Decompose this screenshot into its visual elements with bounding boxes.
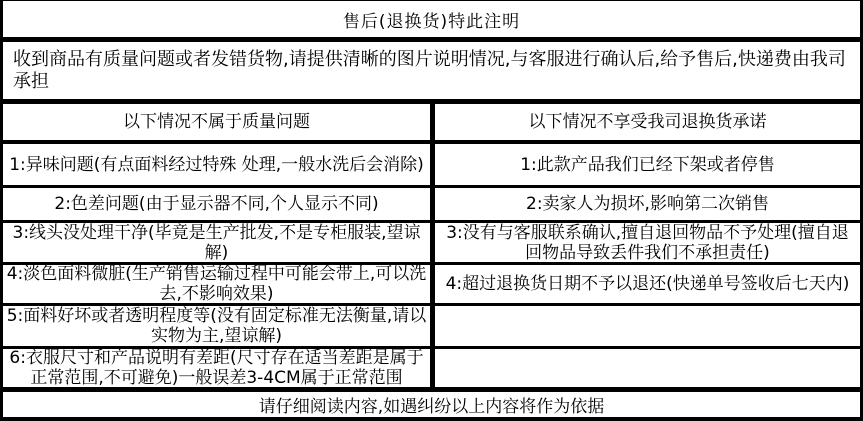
no-return-cell-4: 4:超过退换货日期不予以退还(快递单号签收后七天内) [435,265,860,303]
no-return-cell-6 [435,349,860,387]
intro-text: 收到商品有质量问题或者发错货物,请提供清晰的图片说明情况,与客服进行确认后,给予… [3,42,860,104]
no-return-cell-3: 3:没有与客服联系确认,擅自退回物品不予处理(擅自退回物品导致丢件我们不承担责任… [435,223,860,262]
page-title: 售后(退换货)特此注明 [3,1,860,42]
policy-row-3: 3:线头没处理干净(毕竟是生产批发,不是专柜服装,望谅解) 3:没有与客服联系确… [3,223,860,265]
no-return-cell-5 [435,306,860,346]
policy-row-5: 5:面料好坏或者透明程度等(没有固定标准无法衡量,请以实物为主,望谅解) [3,306,860,349]
policy-row-6: 6:衣服尺寸和产品说明有差距(尺寸存在适当差距是属于正常范围,不可避免)一般误差… [3,349,860,392]
policy-row-2: 2:色差问题(由于显示器不同,个人显示不同) 2:卖家人为损坏,影响第二次销售 [3,188,860,223]
no-return-cell-2: 2:卖家人为损坏,影响第二次销售 [435,188,860,220]
quality-issue-cell-3: 3:线头没处理干净(毕竟是生产批发,不是专柜服装,望谅解) [3,223,435,262]
right-column-header: 以下情况不享受我司退换货承诺 [435,104,860,140]
quality-issue-cell-2: 2:色差问题(由于显示器不同,个人显示不同) [3,188,435,220]
footer-note: 请仔细阅读内容,如遇纠纷以上内容将作为依据 [3,392,860,417]
policy-row-4: 4:淡色面料微脏(生产销售运输过程中可能会带上,可以洗去,不影响效果) 4:超过… [3,265,860,306]
quality-issue-cell-6: 6:衣服尺寸和产品说明有差距(尺寸存在适当差距是属于正常范围,不可避免)一般误差… [3,349,435,387]
after-sales-policy-table: 售后(退换货)特此注明 收到商品有质量问题或者发错货物,请提供清晰的图片说明情况… [0,0,863,421]
quality-issue-cell-4: 4:淡色面料微脏(生产销售运输过程中可能会带上,可以洗去,不影响效果) [3,265,435,303]
quality-issue-cell-5: 5:面料好坏或者透明程度等(没有固定标准无法衡量,请以实物为主,望谅解) [3,306,435,346]
column-header-row: 以下情况不属于质量问题 以下情况不享受我司退换货承诺 [3,104,860,144]
policy-row-1: 1:异味问题(有点面料经过特殊 处理,一般水洗后会消除) 1:此款产品我们已经下… [3,144,860,188]
no-return-cell-1: 1:此款产品我们已经下架或者停售 [435,144,860,185]
left-column-header: 以下情况不属于质量问题 [3,104,435,140]
quality-issue-cell-1: 1:异味问题(有点面料经过特殊 处理,一般水洗后会消除) [3,144,435,185]
